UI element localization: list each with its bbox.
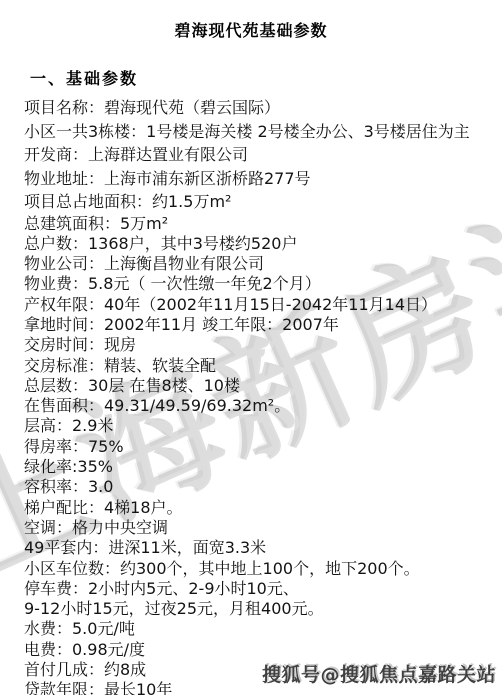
parameter-line-floor-height: 层高：2.9米	[24, 416, 502, 436]
parameter-line-land-acquired: 拿地时间：2002年11月 竣工年限：2007年	[24, 315, 502, 335]
section-heading: 一、基础参数	[30, 66, 138, 89]
parameter-line-plot-ratio: 容积率：3.0	[24, 477, 502, 497]
parameter-line-project-name: 项目名称：碧海现代苑（碧云国际）	[24, 96, 502, 120]
page-title: 碧海现代苑基础参数	[0, 18, 502, 41]
parameter-line-delivery-standard: 交房标准：精装、软装全配	[24, 356, 502, 376]
parameter-line-parking-spaces: 小区车位数：约300个，其中地上100个，地下200个。	[24, 559, 502, 579]
parameter-line-onsale-area: 在售面积：49.31/49.59/69.32m²。	[24, 396, 502, 416]
parameter-line-land-area: 项目总占地面积：约1.5万m²	[24, 190, 502, 214]
parameter-line-built-area: 总建筑面积：5万m²	[24, 214, 502, 234]
parameter-line-developer: 开发商：上海群达置业有限公司	[24, 143, 502, 167]
parameter-line-tenure: 产权年限：40年（2002年11月15日-2042年11月14日）	[24, 295, 502, 315]
parameter-line-air-conditioning: 空调：格力中央空调	[24, 518, 502, 538]
parameter-line-electricity-fee: 电费：0.98元/度	[24, 640, 502, 660]
parameter-list: 项目名称：碧海现代苑（碧云国际） 小区一共3栋楼：1号楼是海关楼 2号楼全办公、…	[24, 96, 502, 695]
parameter-line-parking-fee-1: 停车费：2小时内5元、2-9小时10元、	[24, 579, 502, 599]
parameter-line-property-fee: 物业费：5.8元（ 一次性缴一年免2个月）	[24, 274, 502, 294]
document-page: 碧海现代苑基础参数 一、基础参数 项目名称：碧海现代苑（碧云国际） 小区一共3栋…	[0, 0, 502, 695]
parameter-line-loan-term: 贷款年限：最长10年	[24, 680, 502, 695]
parameter-line-elevator-ratio: 梯户配比：4梯18户。	[24, 498, 502, 518]
parameter-line-address: 物业地址：上海市浦东新区浙桥路277号	[24, 167, 502, 191]
parameter-line-total-households: 总户数：1368户，其中3号楼约520户	[24, 234, 502, 254]
parameter-line-buildings: 小区一共3栋楼：1号楼是海关楼 2号楼全办公、3号楼居住为主	[24, 120, 502, 144]
parameter-line-greening-rate: 绿化率:35%	[24, 457, 502, 477]
parameter-line-unit-dimensions: 49平套内：进深11米，面宽3.3米	[24, 538, 502, 558]
parameter-line-total-floors: 总层数：30层 在售8楼、10楼	[24, 376, 502, 396]
parameter-line-down-payment: 首付几成：约8成	[24, 660, 502, 680]
parameter-line-property-company: 物业公司：上海衡昌物业有限公司	[24, 254, 502, 274]
parameter-line-delivery-time: 交房时间：现房	[24, 335, 502, 355]
parameter-line-water-fee: 水费：5.0元/吨	[24, 619, 502, 639]
parameter-line-parking-fee-2: 9-12小时15元，过夜25元，月租400元。	[24, 599, 502, 619]
parameter-line-usable-ratio: 得房率：75%	[24, 437, 502, 457]
